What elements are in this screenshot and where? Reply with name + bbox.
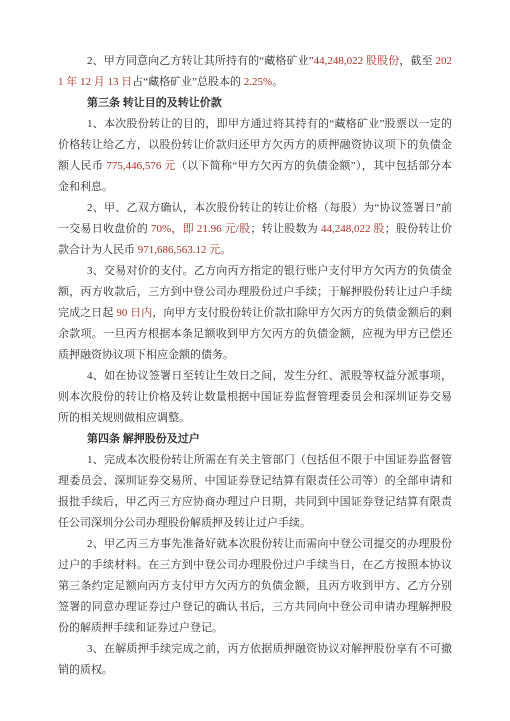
text-run: 第三条 转让目的及转让价款: [87, 97, 222, 109]
text-run: 1、完成本次股份转让所需在有关主管部门（包括但不限于中国证券监督管理委员会、深圳…: [58, 454, 452, 529]
text-run: 2、甲乙丙三方事先准备好就本次股份转让而需向中登公司提交的办理股份过户的手续材料…: [58, 538, 452, 634]
paragraph: 3、在解质押手续完成之前，丙方依据质押融资协议对解押股份享有不可撤销的质权。: [58, 639, 452, 681]
highlight-red-text: 971,686,563.12 元: [138, 244, 221, 256]
section-heading: 第三条 转让目的及转让价款: [58, 93, 452, 114]
paragraph: 2、甲方同意向乙方转让其所持有的“藏格矿业”44,248,022 股股份，截至 …: [58, 51, 452, 93]
text-run: 第四条 解押股份及过户: [87, 433, 200, 445]
text-run: 4、如在协议签署日至转让生效日之间，发生分红、派股等权益分派事项，则本次股份的转…: [58, 370, 452, 424]
text-run: 。: [220, 244, 231, 256]
paragraph: 3、交易对价的支付。乙方向丙方指定的银行账户支付甲方欠丙方的负债金额，丙方收款后…: [58, 261, 452, 366]
paragraph: 1、本次股份转让的目的，即甲方通过将其持有的“藏格矿业”股票以一定的价格转让给乙…: [58, 114, 452, 198]
document-body: 2、甲方同意向乙方转让其所持有的“藏格矿业”44,248,022 股股份，截至 …: [58, 51, 452, 681]
highlight-red-text: 90 日内: [116, 307, 152, 319]
highlight-red-text: 44,248,022 股: [321, 223, 385, 235]
section-heading: 第四条 解押股份及过户: [58, 429, 452, 450]
paragraph: 2、甲、乙双方确认，本次股份转让的转让价格（每股）为“协议签署日”前一交易日收盘…: [58, 198, 452, 261]
paragraph: 4、如在协议签署日至转让生效日之间，发生分红、派股等权益分派事项，则本次股份的转…: [58, 366, 452, 429]
text-run: 2、甲方同意向乙方转让其所持有的“藏格矿业”: [87, 55, 314, 67]
highlight-red-text: 775,446,576 元: [106, 160, 175, 172]
paragraph: 1、完成本次股份转让所需在有关主管部门（包括但不限于中国证券监督管理委员会、深圳…: [58, 450, 452, 534]
text-run: ；转让股数为: [251, 223, 322, 235]
paragraph: 2、甲乙丙三方事先准备好就本次股份转让而需向中登公司提交的办理股份过户的手续材料…: [58, 534, 452, 639]
text-run: 3、在解质押手续完成之前，丙方依据质押融资协议对解押股份享有不可撤销的质权。: [58, 643, 452, 676]
text-run: 占“藏格矿业”总股本的: [132, 76, 244, 88]
text-run: 。: [272, 76, 283, 88]
highlight-red-text: 44,248,022 股股份: [314, 55, 400, 67]
highlight-red-text: 70%，即 21.96 元/股: [151, 223, 250, 235]
highlight-red-text: 2.25%: [244, 76, 272, 88]
document-page: 2、甲方同意向乙方转让其所持有的“藏格矿业”44,248,022 股股份，截至 …: [0, 0, 510, 721]
text-run: ，截至: [399, 55, 435, 67]
